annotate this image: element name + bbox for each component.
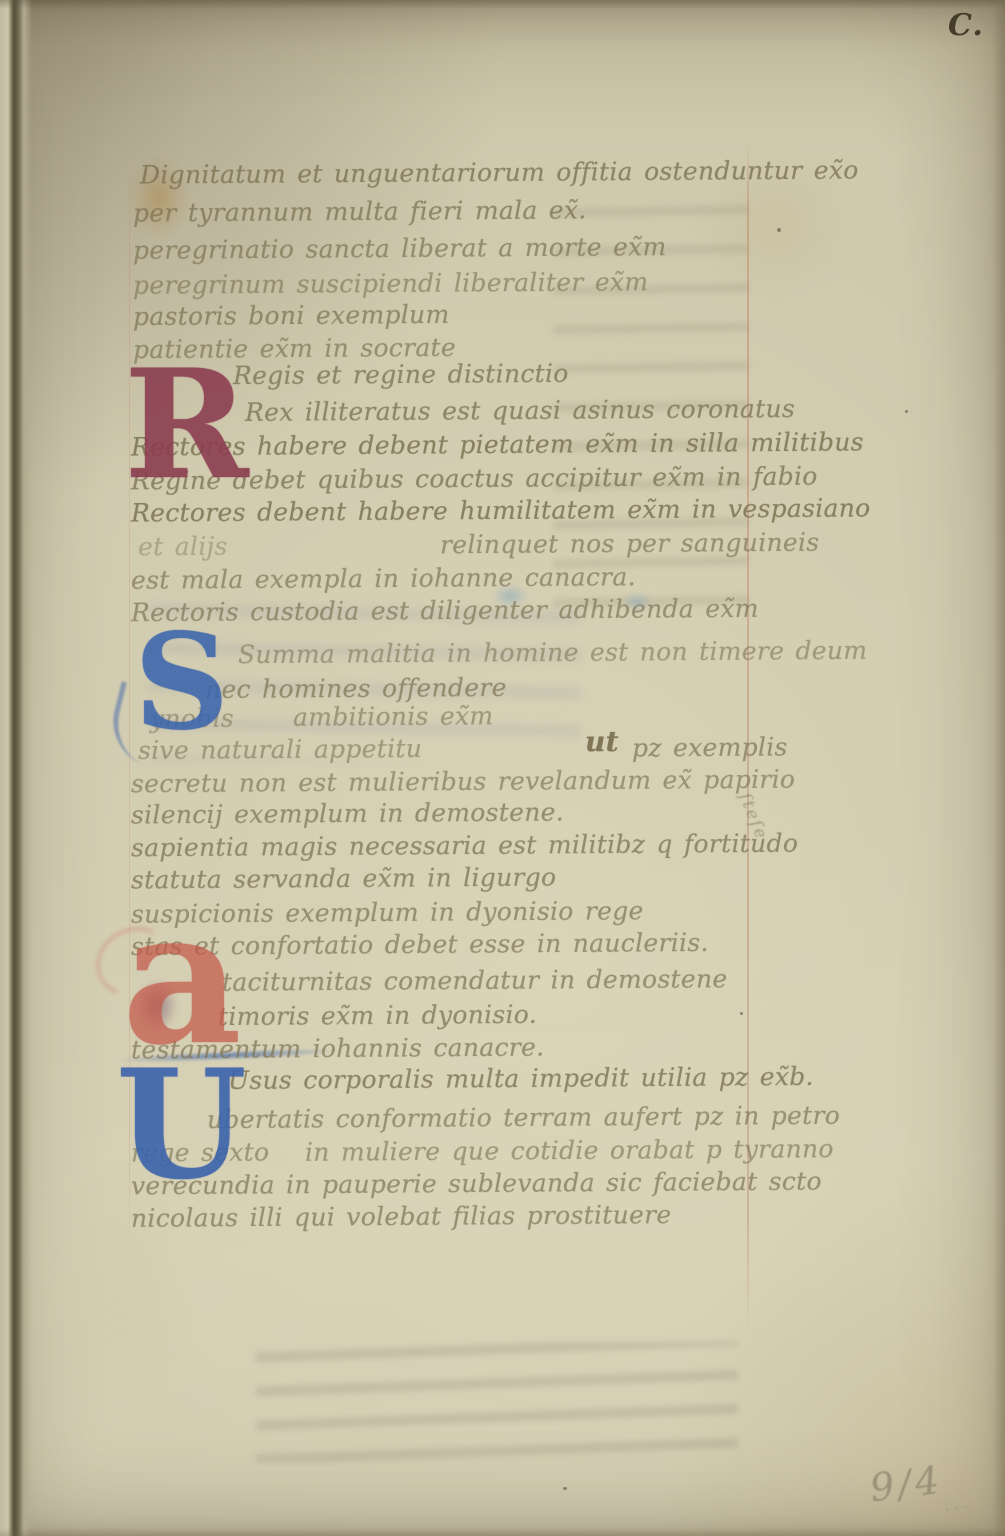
text-line: secretu non est mulieribus revelandum ex… bbox=[131, 767, 795, 797]
text-line: timoris ex̃m in dyonisio. bbox=[218, 1002, 537, 1029]
text-line: Summa malitia in homine est non timere d… bbox=[238, 638, 867, 667]
text-line: ambitionis ex̃m bbox=[293, 703, 494, 729]
text-line: in muliere que cotidie orabat p tyranno bbox=[305, 1136, 834, 1165]
text-line: Regis et regine distinctio bbox=[233, 361, 569, 388]
text-line: taciturnitas comendatur in demostene bbox=[222, 966, 728, 995]
text-line: relinquet nos per sanguineis bbox=[440, 530, 820, 558]
text-line: peregrinatio sancta liberat a morte ex̃m bbox=[133, 234, 667, 263]
text-line: ut bbox=[585, 728, 619, 756]
text-line: peregrinum suscipiendi liberaliter ex̃m bbox=[133, 269, 648, 298]
pencil-dots: ··· bbox=[942, 1494, 973, 1522]
text-line: ubertatis conformatio terram aufert pz i… bbox=[207, 1103, 840, 1132]
pencil-shelfmark: 9/4 bbox=[868, 1458, 946, 1511]
text-line: et alijs bbox=[138, 534, 228, 560]
text-line: per tyrannum multa fieri mala ex̃. bbox=[133, 197, 587, 225]
drop-cap-u: U bbox=[116, 1050, 247, 1200]
text-layer: Dignitatum et unguentariorum offitia ost… bbox=[0, 0, 1005, 1536]
text-line: pz exemplis bbox=[632, 734, 788, 760]
drop-cap-s: S bbox=[134, 617, 229, 749]
text-line: nec homines offendere bbox=[205, 675, 507, 702]
text-line: est mala exempla in iohanne canacra. bbox=[131, 564, 636, 593]
text-line: Rex illiteratus est quasi asinus coronat… bbox=[245, 396, 795, 425]
quire-mark: C. bbox=[948, 8, 984, 43]
drop-cap-r: R bbox=[124, 350, 249, 500]
text-line: Dignitatum et unguentariorum offitia ost… bbox=[140, 157, 859, 187]
manuscript-page: Dignitatum et unguentariorum offitia ost… bbox=[0, 0, 1005, 1536]
text-line: Usus corporalis multa impedit utilia pz … bbox=[228, 1064, 814, 1093]
text-line: sapientia magis necessaria est militibz … bbox=[131, 831, 798, 861]
text-line: pastoris boni exemplum bbox=[133, 302, 450, 329]
text-line: silencij exemplum in demostene. bbox=[131, 799, 564, 827]
